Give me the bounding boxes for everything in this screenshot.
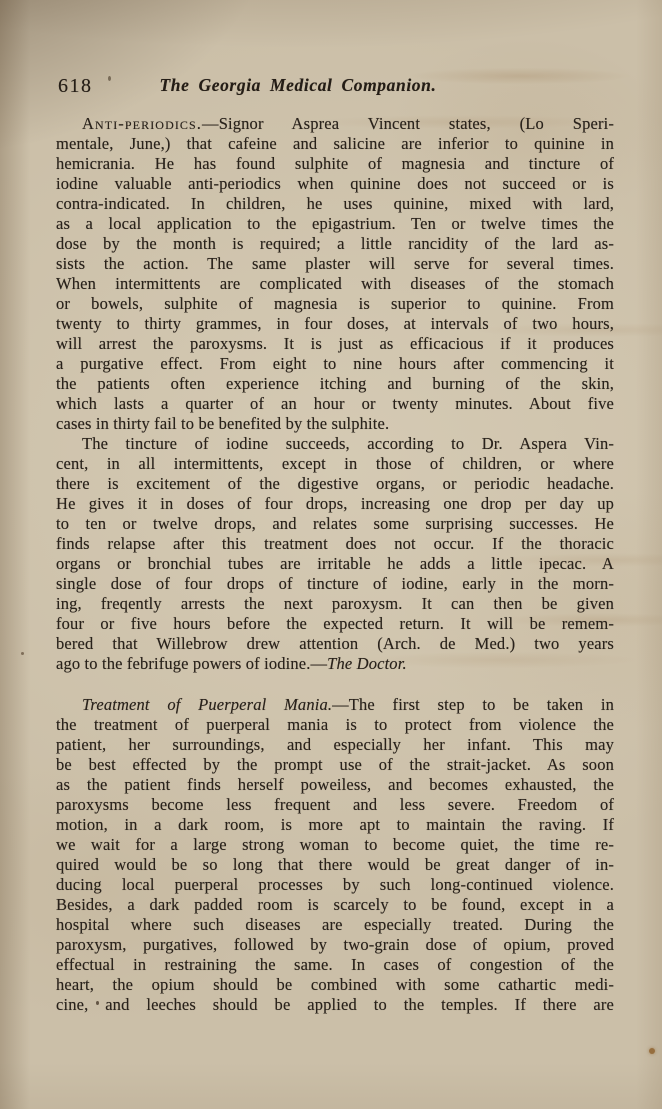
text-line: be best effected by the prompt use of th… [56,755,614,775]
text-line: as a local application to the epigastriu… [56,214,614,234]
text-line: motion, in a dark room, is more apt to m… [56,815,614,835]
text-line: ducing local puerperal processes by such… [56,875,614,895]
text-line: the treatment of puerperal mania is to p… [56,715,614,735]
text-line: organs or bronchial tubes are irritable … [56,554,614,574]
text-line: a purgative effect. From eight to nine h… [56,354,614,374]
page-body: Anti-periodics.—Signor Asprea Vincent st… [56,114,614,1015]
text-line: to ten or twelve drops, and relates some… [56,514,614,534]
text-line: effectual in restraining the same. In ca… [56,955,614,975]
running-title: The Georgia Medical Companion. [56,75,614,96]
text-line: hospital where such diseases are especia… [56,915,614,935]
text-line: Besides, a dark padded room is scarcely … [56,895,614,915]
text-run: —Signor Asprea Vincent states, (Lo Speri… [202,114,614,133]
text-line: paroxysm, purgatives, followed by two-gr… [56,935,614,955]
text-line: as the patient finds herself poweiless, … [56,775,614,795]
text-line: The tincture of iodine succeeds, accordi… [56,434,614,454]
text-line: the patients often experience itching an… [56,374,614,394]
text-line: iodine valuable anti-periodics when quin… [56,174,614,194]
text-line: He gives it in doses of four drops, incr… [56,494,614,514]
text-line: or bowels, sulphite of magnesia is super… [56,294,614,314]
text-line: When intermittents are complicated with … [56,274,614,294]
running-header: 618 The Georgia Medical Companion. [56,75,614,99]
text-line: Treatment of Puerperal Mania.—The first … [56,695,614,715]
text-line: four or five hours before the expected r… [56,614,614,634]
text-line: which lasts a quarter of an hour or twen… [56,394,614,414]
text-line: cases in thirty fail to be benefited by … [56,414,614,434]
text-line: paroxysms become less frequent and less … [56,795,614,815]
text-line: single dose of four drops of tincture of… [56,574,614,594]
text-line: sists the action. The same plaster will … [56,254,614,274]
page-number: 618 [58,75,93,98]
text-line: there is excitement of the digestive org… [56,474,614,494]
text-run: —The first step to be taken in [332,695,614,714]
article-puerperal-mania: Treatment of Puerperal Mania.—The first … [56,695,614,1015]
paper-speck [21,652,24,655]
text-line: patient, her surroundings, and especiall… [56,735,614,755]
article-heading: Anti-periodics. [82,114,202,133]
text-line: ing, freqently arrests the next paroxysm… [56,594,614,614]
text-line: dose by the month is required; a little … [56,234,614,254]
text-line: quired would be so long that there would… [56,855,614,875]
article-antiperiodics: Anti-periodics.—Signor Asprea Vincent st… [56,114,614,434]
text-line: finds relapse after this treatment does … [56,534,614,554]
source-citation: The Doctor. [327,654,407,673]
text-line: heart, the opium should be combined with… [56,975,614,995]
text-line: ago to the febrifuge powers of iodine.—T… [56,654,614,674]
text-line: mentale, June,) that cafeine and salicin… [56,134,614,154]
text-line: twenty to thirty grammes, in four doses,… [56,314,614,334]
text-line: cent, in all intermittents, except in th… [56,454,614,474]
article-heading: Treatment of Puerperal Mania. [82,695,332,714]
text-line: cine, and leeches should be applied to t… [56,995,614,1015]
text-line: we wait for a large strong woman to beco… [56,835,614,855]
text-line: hemicrania. He has found sulphite of mag… [56,154,614,174]
foxing-spot [649,1048,655,1054]
text-line: will arrest the paroxysms. It is just as… [56,334,614,354]
text-line: contra-indicated. In children, he uses q… [56,194,614,214]
text-line: Anti-periodics.—Signor Asprea Vincent st… [56,114,614,134]
book-page: 618 The Georgia Medical Companion. Anti-… [0,0,662,1109]
text-line: bered that Willebrow drew attention (Arc… [56,634,614,654]
article-antiperiodics-para2: The tincture of iodine succeeds, accordi… [56,434,614,674]
text-run: ago to the febrifuge powers of iodine.— [56,654,327,673]
